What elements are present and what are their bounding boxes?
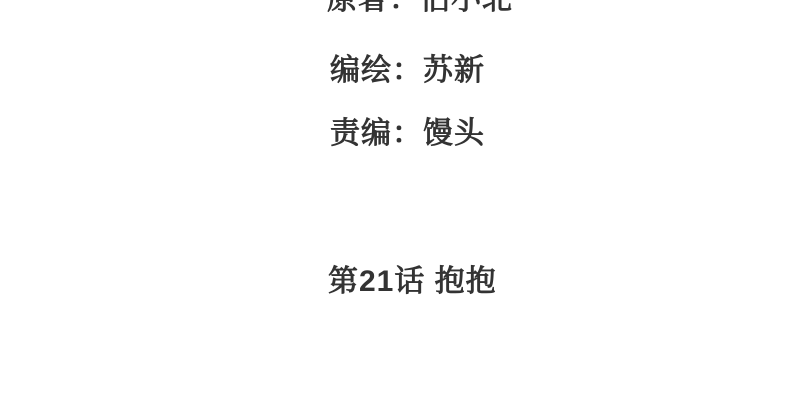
- chapter-title: 第21话 抱抱: [328, 266, 497, 297]
- credit-editor: 责编：馒头: [330, 118, 485, 149]
- comic-credits-page: 原著：伯小北 编绘：苏新 责编：馒头 第21话 抱抱: [0, 0, 799, 395]
- credit-original-author: 原著：伯小北: [327, 0, 513, 15]
- credit-artist: 编绘：苏新: [330, 55, 485, 86]
